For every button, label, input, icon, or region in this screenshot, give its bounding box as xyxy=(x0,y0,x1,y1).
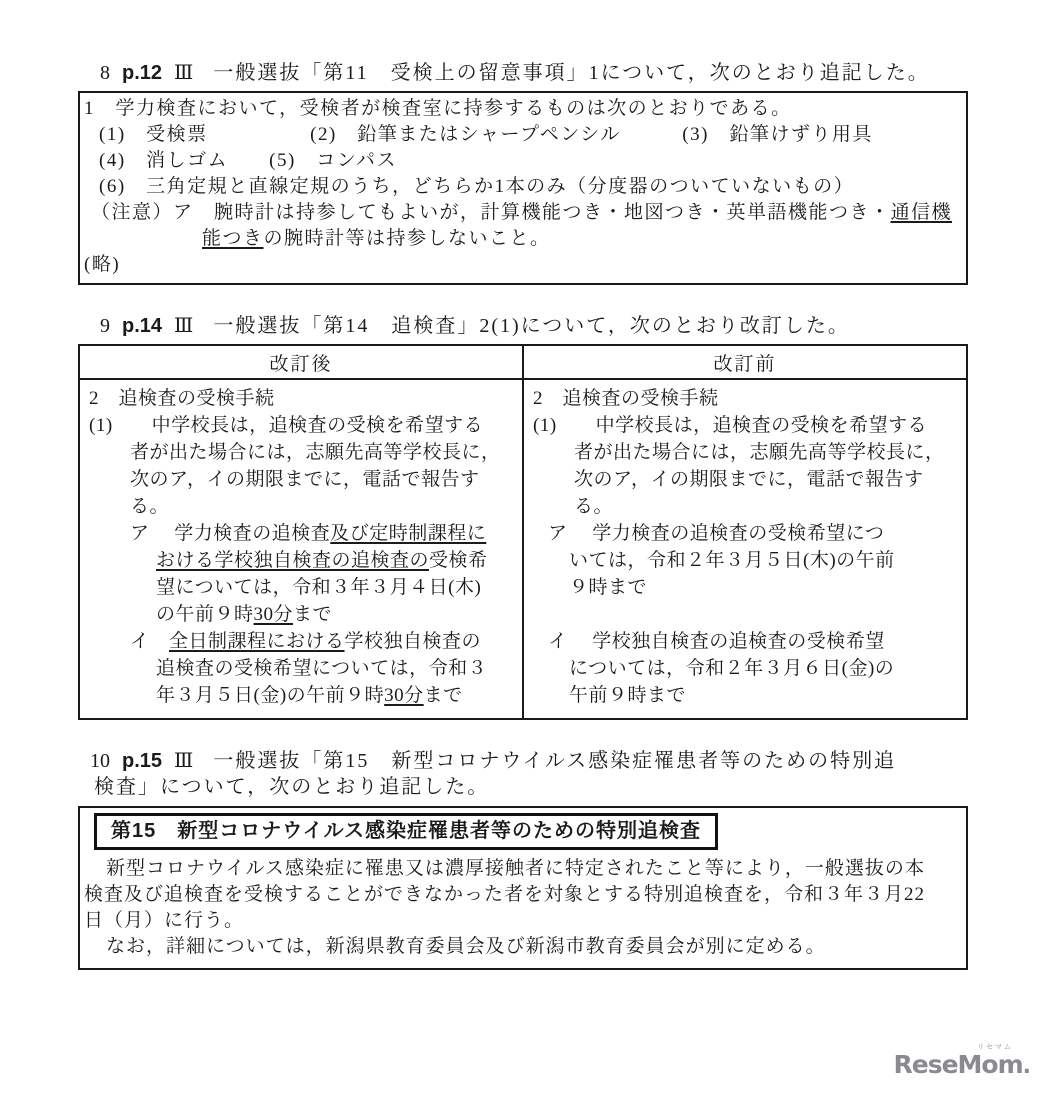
section-9: 9p.14Ⅲ一般選抜「第14 追検査」2(1)について，次のとおり改訂した。 改… xyxy=(70,313,975,720)
text-line: (4) 消しゴム (5) コンパス xyxy=(99,148,960,174)
text-segment: 追検査の受検希望については，令和３ xyxy=(156,658,487,679)
special-exam-box: 第15 新型コロナウイルス感染症罹患者等のための特別追検査 新型コロナウイルス感… xyxy=(78,806,968,970)
resemom-logo-text: ReseMom xyxy=(893,1050,1022,1079)
text-segment: 次のア，イの期限までに，電話で報告す xyxy=(130,469,479,490)
text-segment: (1) 受検票 (2) 鉛筆またはシャープペンシル (3) 鉛筆けずり用具 xyxy=(99,124,873,145)
text-segment: なお，詳細については，新潟県教育委員会及び新潟市教育委員会が別に定める。 xyxy=(106,936,826,957)
text-line: (1) 中学校長は，追検査の受検を希望する xyxy=(533,412,964,439)
column-header-before-revision: 改訂前 xyxy=(523,345,967,379)
roman-numeral: Ⅲ xyxy=(174,62,195,84)
text-line: (1) 中学校長は，追検査の受検を希望する xyxy=(89,412,520,439)
text-line: 1 学力検査において，受検者が検査室に持参するものは次のとおりである。 xyxy=(84,96,960,122)
underlined-text: 30分 xyxy=(384,685,424,706)
section-8-heading: 8p.12Ⅲ一般選抜「第11 受検上の留意事項」1について，次のとおり追記した。 xyxy=(70,60,975,86)
text-segment: 者が出た場合には，志願先高等学校長に， xyxy=(130,442,501,463)
heading-text: 一般選抜「第14 追検査」2(1)について，次のとおり改訂した。 xyxy=(213,315,850,337)
text-line: ９時まで xyxy=(569,574,964,601)
text-segment: 年３月５日(金)の午前９時 xyxy=(156,685,384,706)
section-number: 8 xyxy=(70,60,110,86)
text-segment: 検査及び追検査を受検することができなかった者を対象とする特別追検査を，令和３年３… xyxy=(84,884,925,905)
text-segment: ア 学力検査の追検査 xyxy=(130,523,330,544)
text-line: 午前９時まで xyxy=(569,682,964,709)
text-segment: 日（月）に行う。 xyxy=(84,910,244,931)
text-line: 2 追検査の受検手続 xyxy=(533,385,964,412)
special-exam-body: 新型コロナウイルス感染症に罹患又は濃厚接触者に特定されたこと等により，一般選抜の… xyxy=(84,856,960,960)
text-segment: 次のア，イの期限までに，電話で報告す xyxy=(574,469,923,490)
text-line: 者が出た場合には，志願先高等学校長に， xyxy=(574,439,964,466)
text-segment: いては，令和２年３月５日(木)の午前 xyxy=(569,550,895,571)
text-segment: まで xyxy=(424,685,463,706)
heading-text: 一般選抜「第11 受検上の留意事項」1について，次のとおり追記した。 xyxy=(213,62,929,84)
text-line: 検査及び追検査を受検することができなかった者を対象とする特別追検査を，令和３年３… xyxy=(84,882,960,908)
text-line: (略) xyxy=(84,252,960,278)
text-segment: 者が出た場合には，志願先高等学校長に， xyxy=(574,442,945,463)
exam-items-box: 1 学力検査において，受検者が検査室に持参するものは次のとおりである。(1) 受… xyxy=(78,91,968,285)
text-segment: (略) xyxy=(84,254,120,275)
text-segment: 午前９時まで xyxy=(569,685,686,706)
resemom-logo: リセマムReseMom. xyxy=(893,1044,1031,1079)
text-line: いては，令和２年３月５日(木)の午前 xyxy=(569,547,964,574)
text-line: ア 学力検査の追検査の受検希望につ xyxy=(548,520,964,547)
text-line: 望については，令和３年３月４日(木) xyxy=(156,574,520,601)
text-line: 日（月）に行う。 xyxy=(84,908,960,934)
roman-numeral: Ⅲ xyxy=(174,750,195,772)
heading-text-line1: 一般選抜「第15 新型コロナウイルス感染症罹患者等のための特別追 xyxy=(213,750,896,772)
text-segment: イ xyxy=(130,631,169,652)
text-line xyxy=(526,601,964,628)
section-8: 8p.12Ⅲ一般選抜「第11 受検上の留意事項」1について，次のとおり追記した。… xyxy=(70,60,975,285)
text-line: 新型コロナウイルス感染症に罹患又は濃厚接触者に特定されたこと等により，一般選抜の… xyxy=(106,856,960,882)
text-line: おける学校独自検査の追検査の受検希 xyxy=(156,547,520,574)
text-line: 次のア，イの期限までに，電話で報告す xyxy=(574,466,964,493)
document-page: 8p.12Ⅲ一般選抜「第11 受検上の留意事項」1について，次のとおり追記した。… xyxy=(70,60,975,970)
text-line: イ 学校独自検査の追検査の受検希望 xyxy=(548,628,964,655)
underlined-text: おける学校独自検査の追検査の xyxy=(156,550,429,571)
underlined-text: 通信機 xyxy=(891,202,953,223)
before-revision-cell: 2 追検査の受検手続(1) 中学校長は，追検査の受検を希望する者が出た場合には，… xyxy=(523,379,967,719)
heading-text-line2: 検査」について，次のとおり追記した。 xyxy=(70,774,975,801)
text-segment: （注意）ア 腕時計は持参してもよいが，計算機能つき・地図つき・英単語機能つき・ xyxy=(91,202,891,223)
text-segment: 1 学力検査において，受検者が検査室に持参するものは次のとおりである。 xyxy=(84,98,792,119)
underlined-text: 能つき xyxy=(202,228,264,249)
text-segment: については，令和２年３月６日(金)の xyxy=(569,658,894,679)
text-line: の午前９時30分まで xyxy=(156,601,520,628)
text-line: ア 学力検査の追検査及び定時制課程に xyxy=(130,520,520,547)
special-exam-title: 第15 新型コロナウイルス感染症罹患者等のための特別追検査 xyxy=(111,820,701,842)
text-segment: (1) 中学校長は，追検査の受検を希望する xyxy=(89,415,483,436)
underlined-text: 30分 xyxy=(254,604,294,625)
section-number: 9 xyxy=(70,313,110,339)
text-line: 年３月５日(金)の午前９時30分まで xyxy=(156,682,520,709)
text-line: なお，詳細については，新潟県教育委員会及び新潟市教育委員会が別に定める。 xyxy=(106,934,960,960)
underlined-text: 全日制課程における xyxy=(169,631,345,652)
table-body-row: 2 追検査の受検手続(1) 中学校長は，追検査の受検を希望する者が出た場合には，… xyxy=(79,379,967,719)
text-line: イ 全日制課程における学校独自検査の xyxy=(130,628,520,655)
text-segment: 学校独自検査の xyxy=(345,631,482,652)
page-reference: p.14 xyxy=(122,315,162,337)
after-revision-cell: 2 追検査の受検手続(1) 中学校長は，追検査の受検を希望する者が出た場合には，… xyxy=(79,379,523,719)
text-segment: 受検希 xyxy=(429,550,488,571)
text-segment: ９時まで xyxy=(569,577,647,598)
text-segment: (6) 三角定規と直線定規のうち，どちらか1本のみ（分度器のついていないもの） xyxy=(99,176,854,197)
special-exam-title-box: 第15 新型コロナウイルス感染症罹患者等のための特別追検査 xyxy=(94,813,718,850)
column-header-after-revision: 改訂後 xyxy=(79,345,523,379)
text-segment: ア 学力検査の追検査の受検希望につ xyxy=(548,523,884,544)
text-line: 者が出た場合には，志願先高等学校長に， xyxy=(130,439,520,466)
text-line: る。 xyxy=(574,493,964,520)
text-segment: 2 追検査の受検手続 xyxy=(89,388,275,409)
text-line: については，令和２年３月６日(金)の xyxy=(569,655,964,682)
text-line: 2 追検査の受検手続 xyxy=(89,385,520,412)
text-segment: (4) 消しゴム (5) コンパス xyxy=(99,150,397,171)
page-reference: p.12 xyxy=(122,62,162,84)
section-9-heading: 9p.14Ⅲ一般選抜「第14 追検査」2(1)について，次のとおり改訂した。 xyxy=(70,313,975,339)
text-segment: (1) 中学校長は，追検査の受検を希望する xyxy=(533,415,927,436)
text-line: (1) 受検票 (2) 鉛筆またはシャープペンシル (3) 鉛筆けずり用具 xyxy=(99,122,960,148)
section-10: 10p.15Ⅲ一般選抜「第15 新型コロナウイルス感染症罹患者等のための特別追 … xyxy=(70,748,975,970)
text-segment: 望については，令和３年３月４日(木) xyxy=(156,577,481,598)
table-header-row: 改訂後 改訂前 xyxy=(79,345,967,379)
text-segment: の腕時計等は持参しないこと。 xyxy=(264,228,551,249)
text-segment: イ 学校独自検査の追検査の受検希望 xyxy=(548,631,885,652)
text-segment: 新型コロナウイルス感染症に罹患又は濃厚接触者に特定されたこと等により，一般選抜の… xyxy=(106,858,925,879)
roman-numeral: Ⅲ xyxy=(174,315,195,337)
resemom-logo-dot: . xyxy=(1023,1054,1031,1079)
section-number: 10 xyxy=(70,748,110,774)
text-segment: 2 追検査の受検手続 xyxy=(533,388,719,409)
page-reference: p.15 xyxy=(122,750,162,772)
section-10-heading: 10p.15Ⅲ一般選抜「第15 新型コロナウイルス感染症罹患者等のための特別追 xyxy=(70,748,975,774)
text-segment: る。 xyxy=(130,496,169,517)
text-segment: の午前９時 xyxy=(156,604,254,625)
revision-comparison-table: 改訂後 改訂前 2 追検査の受検手続(1) 中学校長は，追検査の受検を希望する者… xyxy=(78,344,968,720)
text-line: (6) 三角定規と直線定規のうち，どちらか1本のみ（分度器のついていないもの） xyxy=(99,174,960,200)
text-segment: まで xyxy=(293,604,332,625)
text-line: 能つきの腕時計等は持参しないこと。 xyxy=(202,226,960,252)
text-line: （注意）ア 腕時計は持参してもよいが，計算機能つき・地図つき・英単語機能つき・通… xyxy=(91,200,960,226)
text-line: 次のア，イの期限までに，電話で報告す xyxy=(130,466,520,493)
underlined-text: 及び定時制課程に xyxy=(330,523,486,544)
text-line: 追検査の受検希望については，令和３ xyxy=(156,655,520,682)
text-segment: る。 xyxy=(574,496,613,517)
text-line: る。 xyxy=(130,493,520,520)
